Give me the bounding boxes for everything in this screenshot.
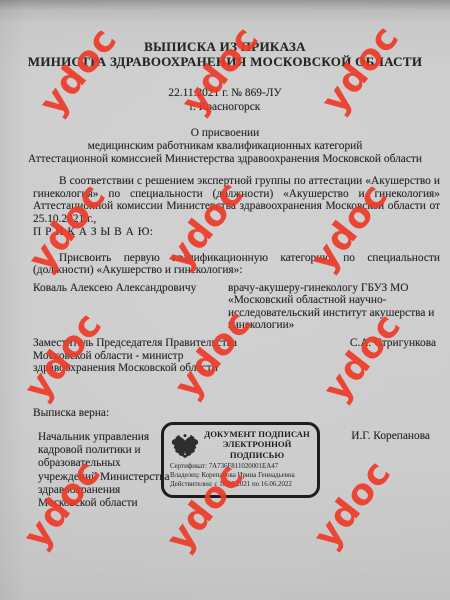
- double-headed-eagle-icon: [170, 430, 200, 460]
- body-paragraph-1: В соответствии с решением экспертной гру…: [33, 175, 440, 225]
- doc-subject-line1: О присвоении: [0, 127, 450, 140]
- doc-title-line1: ВЫПИСКА ИЗ ПРИКАЗА: [0, 39, 450, 54]
- hr-head-title: Начальник управления кадровой политики и…: [38, 431, 173, 510]
- doc-date-block: 22.11.2021 г. № 869-ЛУ г. Красногорск: [0, 86, 450, 114]
- doc-subject-line2: медицинским работникам квалификационных …: [0, 140, 450, 153]
- assignment-row: Коваль Алексею Александровичу врачу-акуш…: [33, 282, 440, 332]
- stamp-title-line1: ДОКУМЕНТ ПОДПИСАН: [204, 429, 309, 439]
- minister-signature-row: Заместитель Председателя Правительства М…: [33, 337, 436, 375]
- stamp-title: ДОКУМЕНТ ПОДПИСАН ЭЛЕКТРОННОЙ ПОДПИСЬЮ: [203, 429, 311, 460]
- order-word: П Р И К А З Ы В А Ю:: [33, 226, 440, 239]
- hr-head-name: И.Г. Корепанова: [351, 430, 430, 442]
- body-paragraph-2: Присвоить первую квалификационную катего…: [33, 252, 440, 277]
- recipient-name: Коваль Алексею Александровичу: [33, 282, 228, 295]
- document-page: ВЫПИСКА ИЗ ПРИКАЗА МИНИСТРА ЗДРАВООХРАНЕ…: [0, 0, 450, 600]
- stamp-certificate: Сертификат: 7A736F811020001EA47: [170, 463, 311, 472]
- doc-date-number: 22.11.2021 г. № 869-ЛУ: [0, 86, 450, 100]
- stamp-details: Сертификат: 7A736F811020001EA47 Владелец…: [170, 463, 311, 489]
- doc-subject: О присвоении медицинским работникам квал…: [0, 127, 450, 166]
- stamp-header: ДОКУМЕНТ ПОДПИСАН ЭЛЕКТРОННОЙ ПОДПИСЬЮ: [170, 429, 311, 460]
- minister-title: Заместитель Председателя Правительства М…: [33, 337, 263, 375]
- doc-title-line2: МИНИСТРА ЗДРАВООХРАНЕНИЯ МОСКОВСКОЙ ОБЛА…: [0, 54, 450, 69]
- doc-city: г. Красногорск: [0, 100, 450, 114]
- doc-body: В соответствии с решением экспертной гру…: [33, 175, 440, 332]
- stamp-owner: Владелец: Корепанова Ирина Геннадьевна: [170, 472, 311, 481]
- stamp-validity: Действителен: с 16.06.2021 по 16.06.2022: [170, 481, 311, 490]
- watermark: ydoc: [308, 457, 395, 555]
- electronic-signature-stamp: ДОКУМЕНТ ПОДПИСАН ЭЛЕКТРОННОЙ ПОДПИСЬЮ С…: [161, 422, 320, 498]
- minister-name: С.А. Стригункова: [350, 337, 436, 375]
- recipient-position: врачу-акушеру-гинекологу ГБУЗ МО «Москов…: [228, 282, 440, 332]
- doc-title: ВЫПИСКА ИЗ ПРИКАЗА МИНИСТРА ЗДРАВООХРАНЕ…: [0, 39, 450, 69]
- doc-subject-line3: Аттестационной комиссией Министерства зд…: [0, 153, 450, 166]
- stamp-title-line2: ЭЛЕКТРОННОЙ ПОДПИСЬЮ: [223, 439, 292, 459]
- copy-note: Выписка верна:: [33, 407, 109, 419]
